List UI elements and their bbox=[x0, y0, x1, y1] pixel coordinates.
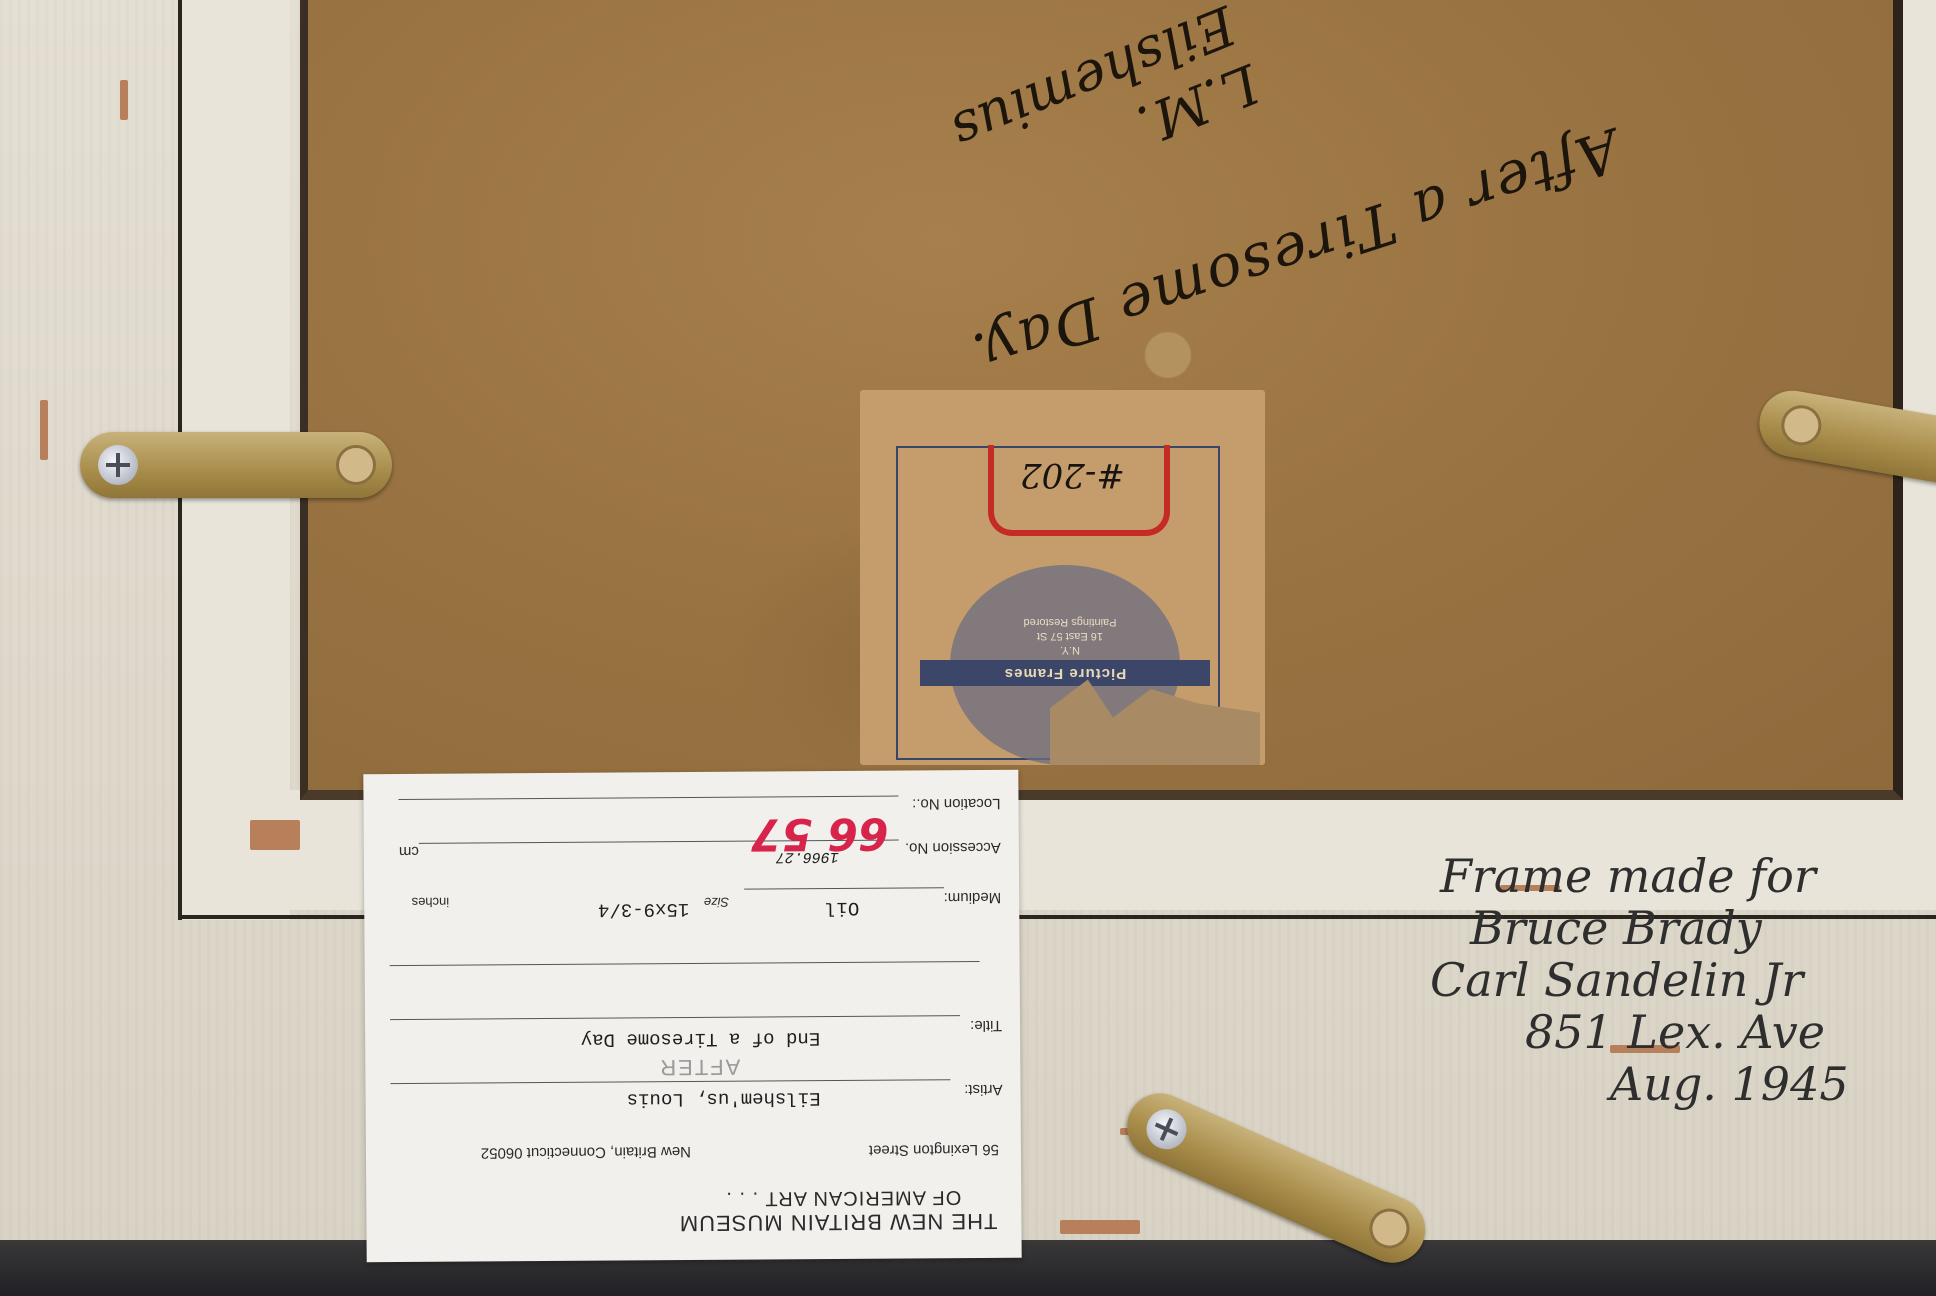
museum-label: THE NEW BRITAIN MUSEUM OF AMERICAN ART .… bbox=[363, 770, 1021, 1263]
museum-name-line2: OF AMERICAN ART . . . bbox=[725, 1185, 961, 1210]
paint-chip bbox=[40, 400, 48, 460]
red-marking: 66 57 bbox=[751, 808, 889, 860]
size-label: Size bbox=[704, 895, 729, 910]
screw-icon bbox=[98, 445, 138, 485]
handwriting-line: 851 Lex. Ave bbox=[1525, 1006, 1936, 1058]
framer-text-line: Paintings Restored bbox=[970, 615, 1170, 629]
museum-name: THE NEW BRITAIN MUSEUM bbox=[679, 1208, 998, 1236]
title-label: Title: bbox=[970, 1017, 1002, 1034]
handwriting-line: Aug. 1945 bbox=[1610, 1058, 1936, 1110]
size-unit-inches: inches bbox=[412, 895, 450, 910]
framer-text-line: N.Y. bbox=[970, 643, 1170, 657]
museum-city: New Britain, Connecticut 06052 bbox=[481, 1143, 691, 1161]
handwriting-line: Frame made for bbox=[1440, 850, 1936, 902]
location-label: Location No.: bbox=[912, 795, 1001, 813]
accession-label: Accession No. bbox=[905, 839, 1001, 857]
artist-value: Eilshem'us, Louis bbox=[627, 1087, 821, 1110]
artist-label: Artist: bbox=[964, 1081, 1002, 1098]
size-unit-cm: cm bbox=[399, 843, 419, 860]
backing-inscription: After a Tiresome Day. L.M. Eilshemius bbox=[868, 0, 1668, 260]
hanger-hole bbox=[336, 445, 376, 485]
hanger-hole bbox=[1778, 402, 1824, 448]
title-line bbox=[390, 1015, 960, 1020]
size-value: 15x9-3/4 bbox=[598, 898, 689, 921]
framer-handwritten-number: #-202 bbox=[1020, 455, 1125, 495]
blank-line bbox=[390, 961, 980, 966]
inscription-title: After a Tiresome Day. bbox=[963, 115, 1628, 389]
location-line bbox=[398, 796, 898, 800]
title-value: End of a Tiresome Day bbox=[581, 1027, 821, 1051]
framer-label: #-202 Inc. N.Y. 16 East 57 St Paintings … bbox=[860, 390, 1265, 765]
paint-chip bbox=[1060, 1220, 1140, 1234]
framer-banner: Picture Frames bbox=[920, 660, 1210, 686]
museum-address: 56 Lexington Street bbox=[869, 1141, 999, 1159]
framer-text-line: 16 East 57 St bbox=[970, 629, 1170, 643]
hanger-hole bbox=[1363, 1202, 1416, 1255]
screw-icon bbox=[1140, 1103, 1193, 1156]
brass-hanger-left bbox=[80, 432, 392, 498]
medium-value: Oil bbox=[825, 897, 859, 919]
handwriting-line: Carl Sandelin Jr bbox=[1430, 954, 1936, 1006]
paint-chip bbox=[120, 80, 128, 120]
frame-handwriting: Frame made for Bruce Brady Carl Sandelin… bbox=[1430, 850, 1936, 1110]
paint-chip bbox=[250, 820, 300, 850]
inscription-signature: L.M. Eilshemius bbox=[850, 0, 1268, 260]
handwriting-line: Bruce Brady bbox=[1470, 902, 1936, 954]
pencil-note: AFTER bbox=[658, 1054, 740, 1081]
medium-line bbox=[744, 887, 944, 889]
medium-label: Medium: bbox=[944, 889, 1002, 906]
